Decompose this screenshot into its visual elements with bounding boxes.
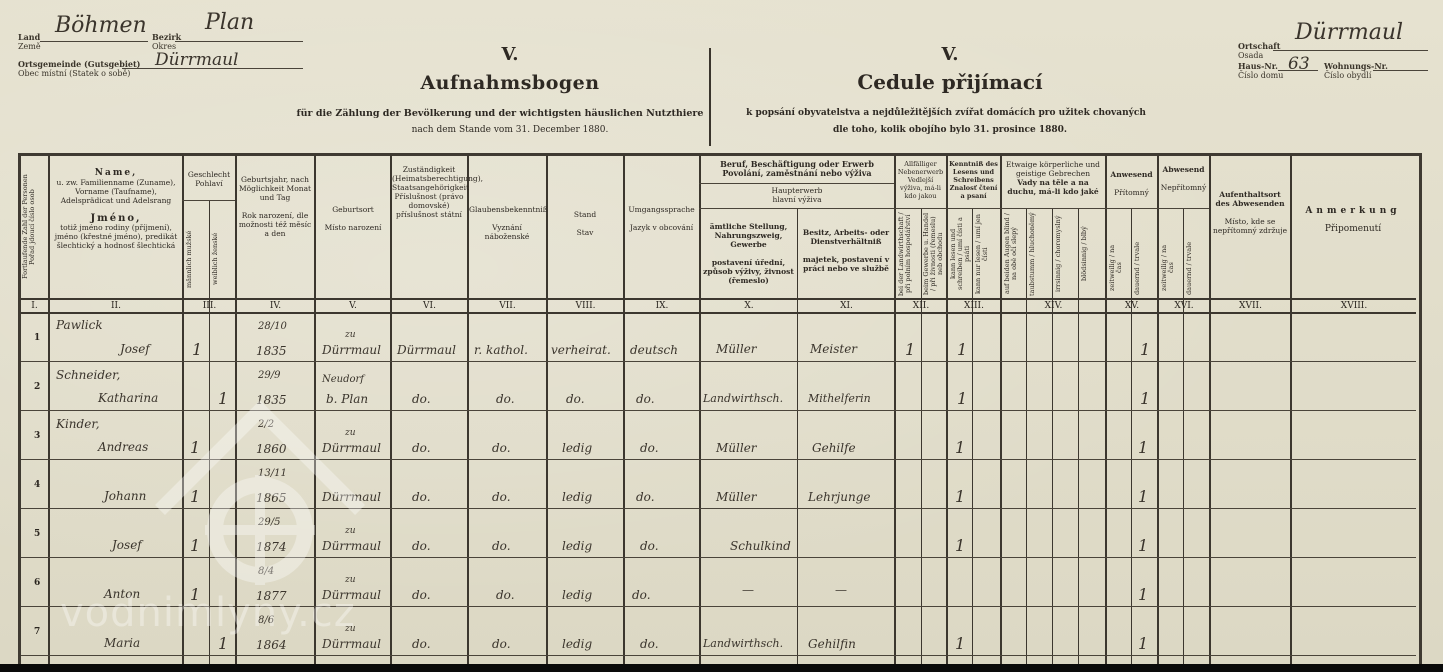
col-xii-sub-a: bei der Landwirthschaft / při polním hos… bbox=[898, 212, 920, 296]
col-ix-header: UmgangsspracheJazyk v obcování bbox=[625, 205, 698, 232]
form-date-cz: dle toho, kolik obojího bylo 31. prosinc… bbox=[720, 125, 1180, 135]
roman-xv: XV. bbox=[1107, 301, 1157, 311]
form-title-de: Aufnahmsbogen bbox=[300, 72, 720, 94]
col-xvi-sub-a: zeitweilig / na čas bbox=[1161, 240, 1181, 296]
col-xv-header: AnwesendPřítomný bbox=[1107, 170, 1156, 197]
roman-iv: IV. bbox=[237, 301, 314, 311]
col-viii-header: StandStav bbox=[548, 210, 622, 237]
col-xv-sub-b: dauernd / trvale bbox=[1134, 240, 1154, 296]
zeme-label: Země bbox=[18, 42, 41, 51]
given-name: Maria bbox=[104, 636, 140, 650]
col-iv-header: Geburtsjahr, nach Möglichkeit Monat und … bbox=[238, 175, 312, 238]
col-x-header: ämtliche Stellung, Nahrungszweig, Gewerb… bbox=[701, 222, 796, 285]
col-xiv-sub-c: irrsinnig / choromyslný bbox=[1055, 212, 1076, 296]
roman-xiv: XIV. bbox=[1002, 301, 1105, 311]
col-xiv-sub-b: taubstumm / hluchoněmý bbox=[1029, 212, 1050, 296]
col-i-header: Fortlaufende Zahl der PersonenPořad jdou… bbox=[22, 160, 46, 294]
roman-i: I. bbox=[21, 301, 48, 311]
given-name: Josef bbox=[112, 538, 142, 552]
col-xiv-sub-a: auf beiden Augen blind / na obě oči slep… bbox=[1004, 212, 1025, 296]
roman-ix: IX. bbox=[625, 301, 699, 311]
roman-xvi: XVI. bbox=[1159, 301, 1209, 311]
land-label: Land bbox=[18, 33, 40, 42]
col-xi-header: Besitz, Arbeits- oder Dienstverhältnißma… bbox=[799, 228, 893, 273]
form-number-cz: V. bbox=[720, 44, 1180, 65]
form-date-de: nach dem Stande vom 31. December 1880. bbox=[300, 125, 720, 135]
col-ii-header: Name, u. zw. Familienname (Zuname), Vorn… bbox=[52, 168, 180, 250]
col-xiii-sub-a: kann lesen und schreiben / umí čísti a p… bbox=[950, 212, 972, 296]
roman-xii: XII. bbox=[896, 301, 946, 311]
col-xiv-sub-d: blödsinnig / blbý bbox=[1081, 212, 1102, 296]
cislo-domu-label: Číslo domu bbox=[1238, 71, 1283, 80]
watermark-text: vodnimlyny.cz bbox=[60, 590, 356, 636]
roman-vi: VI. bbox=[392, 301, 467, 311]
haus-nr-value: 63 bbox=[1288, 54, 1310, 74]
col-iii-header: GeschlechtPohlaví bbox=[184, 170, 234, 188]
roman-xvii: XVII. bbox=[1211, 301, 1290, 311]
col-v-header: GeburtsortMísto narození bbox=[317, 205, 389, 232]
land-value: Böhmen bbox=[55, 15, 147, 37]
roman-ii: II. bbox=[50, 301, 182, 311]
col-xvii-header: Aufenthaltsort des AbwesendenMísto, kde … bbox=[1211, 190, 1289, 235]
roman-v: V. bbox=[316, 301, 390, 311]
surname: Kinder, bbox=[56, 417, 100, 431]
col-xv-sub-a: zeitweilig / na čas bbox=[1109, 240, 1129, 296]
title-divider bbox=[709, 48, 711, 146]
col-xviii-header: AnmerkungPřipomenutí bbox=[1292, 207, 1414, 234]
col-xvi-sub-b: dauernd / trvale bbox=[1186, 240, 1206, 296]
col-xii-sub-b: beim Gewerbe u. Handel / při živnosti (ř… bbox=[923, 212, 945, 296]
watermark-logo-icon bbox=[150, 400, 370, 590]
roman-viii: VIII. bbox=[548, 301, 623, 311]
bezirk-value: Plan bbox=[205, 12, 254, 34]
cislo-obydli-label: Číslo obydlí bbox=[1324, 71, 1371, 80]
roman-xi: XI. bbox=[799, 301, 894, 311]
ortschaft-value: Dürrmaul bbox=[1295, 22, 1403, 44]
roman-iii: III. bbox=[184, 301, 235, 311]
osada-label: Osada bbox=[1238, 51, 1263, 60]
roman-vii: VII. bbox=[469, 301, 546, 311]
form-number-de: V. bbox=[300, 44, 720, 65]
col-vi-header: Zuständigkeit (Heimatsberechtigung), Sta… bbox=[392, 165, 466, 219]
given-name: Johann bbox=[104, 489, 146, 503]
col-vii-header: GlaubensbekenntnißVyznání náboženské bbox=[469, 205, 545, 241]
surname: Pawlick bbox=[56, 318, 103, 332]
scan-edge bbox=[0, 664, 1443, 672]
obec-label: Obec místní (Statek o sobě) bbox=[18, 69, 130, 78]
col-xiii-header: Kenntniß des Lesens und SchreibensZnalos… bbox=[948, 160, 999, 200]
col-xiii-sub-b: kann nur lesen / umí jen čísti bbox=[975, 212, 997, 296]
given-name: Josef bbox=[120, 342, 150, 356]
roman-x: X. bbox=[701, 301, 797, 311]
col-xii-header: Allfälliger NebenerwerbVedlejší výživa, … bbox=[896, 160, 945, 200]
form-subtitle-cz: k popsání obyvatelstva a nejdůležitějšíc… bbox=[716, 108, 1176, 118]
form-subtitle-de: für die Zählung der Bevölkerung und der … bbox=[280, 108, 720, 119]
census-form-page: Land Země Böhmen Bezirk Okres Plan Ortsg… bbox=[0, 0, 1443, 672]
col-xiv-header: Etwaige körperliche und geistige Gebrech… bbox=[1002, 160, 1104, 196]
given-name: Andreas bbox=[98, 440, 148, 454]
col-xvi-header: AbwesendNepřítomný bbox=[1159, 165, 1208, 192]
roman-xviii: XVIII. bbox=[1292, 301, 1416, 311]
surname: Schneider, bbox=[56, 368, 120, 382]
col-iii-male: männlich mužské bbox=[186, 225, 206, 293]
col-iii-female: weiblich ženské bbox=[212, 225, 232, 293]
roman-xiii: XIII. bbox=[948, 301, 1000, 311]
col-x-xi-subgroup-header: Haupterwerbhlavní výživa bbox=[701, 186, 893, 204]
form-title-cz: Cedule přijímací bbox=[720, 70, 1180, 94]
gemeinde-value: Dürrmaul bbox=[155, 50, 238, 70]
col-x-xi-group-header: Beruf, Beschäftigung oder ErwerbPovolání… bbox=[701, 160, 893, 178]
haus-nr-label: Haus-Nr. bbox=[1238, 62, 1278, 71]
